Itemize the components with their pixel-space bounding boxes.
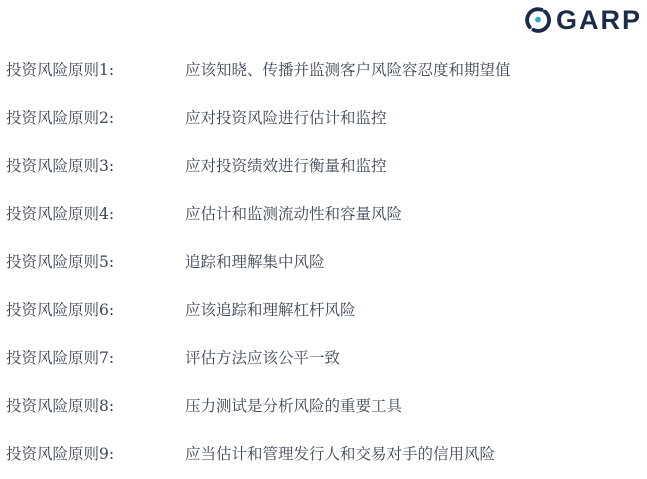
principle-description: 评估方法应该公平一致	[185, 346, 340, 368]
principle-row-9: 投资风险原则9: 应当估计和管理发行人和交易对手的信用风险	[6, 429, 647, 477]
garp-swirl-icon	[523, 5, 553, 35]
principle-row-6: 投资风险原则6: 应该追踪和理解杠杆风险	[6, 285, 647, 333]
principle-description: 应该知晓、传播并监测客户风险容忍度和期望值	[185, 58, 511, 80]
principle-description: 应估计和监测流动性和容量风险	[185, 202, 402, 224]
principle-label: 投资风险原则6:	[6, 298, 185, 320]
principle-row-2: 投资风险原则2: 应对投资风险进行估计和监控	[6, 93, 647, 141]
principles-list: 投资风险原则1: 应该知晓、传播并监测客户风险容忍度和期望值 投资风险原则2: …	[6, 45, 647, 477]
principle-row-5: 投资风险原则5: 追踪和理解集中风险	[6, 237, 647, 285]
principle-row-8: 投资风险原则8: 压力测试是分析风险的重要工具	[6, 381, 647, 429]
principle-description: 应该追踪和理解杠杆风险	[185, 298, 356, 320]
principle-description: 应对投资绩效进行衡量和监控	[185, 154, 387, 176]
principle-description: 应对投资风险进行估计和监控	[185, 106, 387, 128]
principle-label: 投资风险原则3:	[6, 154, 185, 176]
principle-row-4: 投资风险原则4: 应估计和监测流动性和容量风险	[6, 189, 647, 237]
principle-label: 投资风险原则7:	[6, 346, 185, 368]
principle-row-3: 投资风险原则3: 应对投资绩效进行衡量和监控	[6, 141, 647, 189]
garp-wordmark: GARP	[556, 7, 642, 34]
principle-label: 投资风险原则1:	[6, 58, 185, 80]
principle-row-1: 投资风险原则1: 应该知晓、传播并监测客户风险容忍度和期望值	[6, 45, 647, 93]
principle-description: 追踪和理解集中风险	[185, 250, 325, 272]
principle-label: 投资风险原则9:	[6, 442, 185, 464]
principle-description: 应当估计和管理发行人和交易对手的信用风险	[185, 442, 495, 464]
principle-label: 投资风险原则5:	[6, 250, 185, 272]
garp-logo: GARP	[523, 5, 642, 35]
principle-label: 投资风险原则8:	[6, 394, 185, 416]
principle-label: 投资风险原则4:	[6, 202, 185, 224]
page: GARP 投资风险原则1: 应该知晓、传播并监测客户风险容忍度和期望值 投资风险…	[0, 0, 647, 479]
principle-description: 压力测试是分析风险的重要工具	[185, 394, 402, 416]
principle-label: 投资风险原则2:	[6, 106, 185, 128]
principle-row-7: 投资风险原则7: 评估方法应该公平一致	[6, 333, 647, 381]
